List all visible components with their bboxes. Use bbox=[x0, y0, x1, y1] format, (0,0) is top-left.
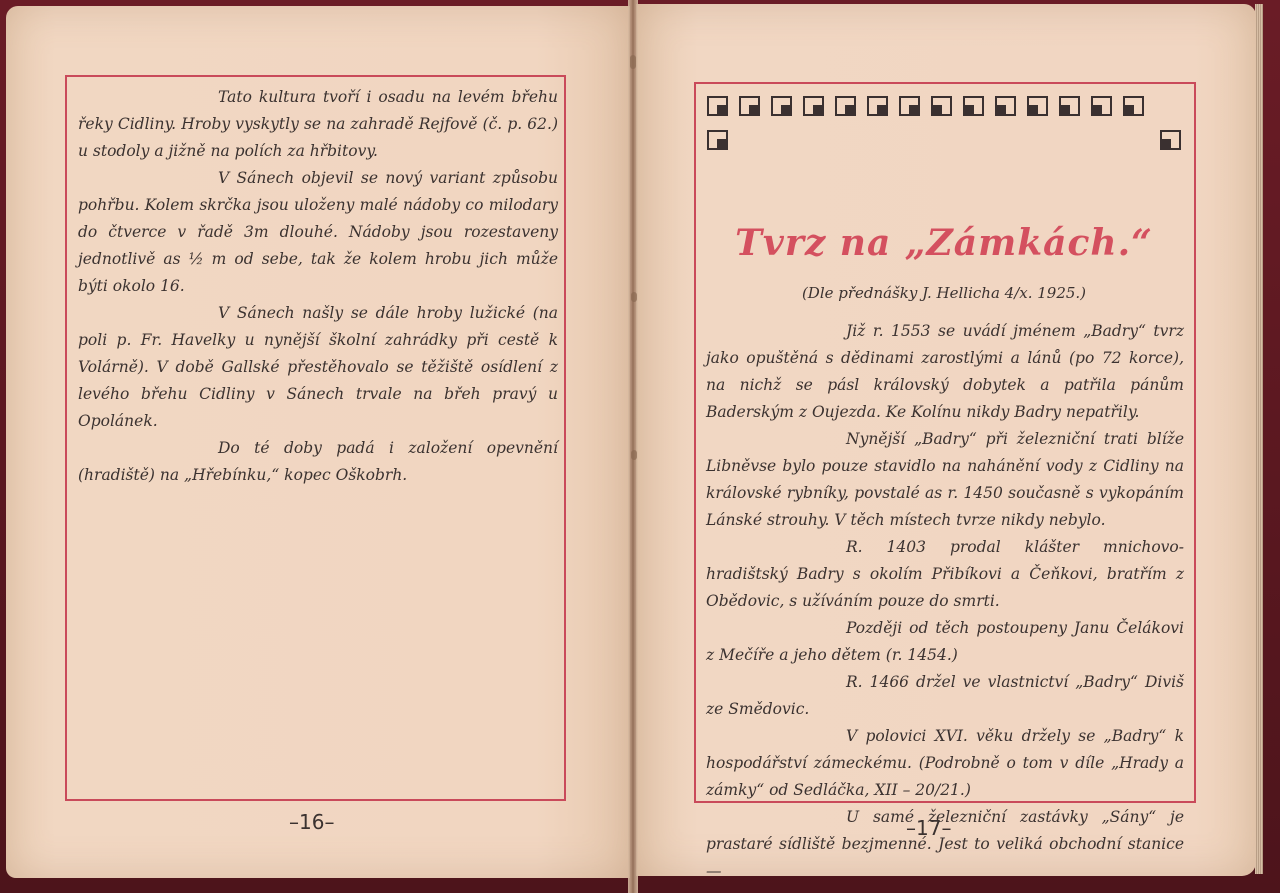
ornament-square-icon bbox=[1091, 96, 1112, 116]
page-number: –16– bbox=[289, 810, 334, 834]
paragraph: Do té doby padá i založení opevnění (hra… bbox=[78, 435, 558, 489]
binding-stain bbox=[631, 450, 637, 460]
page-number: –17– bbox=[906, 816, 951, 840]
ornament-square-icon bbox=[739, 96, 760, 116]
paragraph: V Sánech objevil se nový variant způsobu… bbox=[78, 165, 558, 300]
paragraph: Nynější „Badry“ při železniční trati blí… bbox=[706, 426, 1184, 534]
book-gutter bbox=[628, 0, 638, 893]
ornament-square-icon bbox=[835, 96, 856, 116]
binding-stain bbox=[630, 55, 636, 69]
paragraph: Již r. 1553 se uvádí jménem „Badry“ tvrz… bbox=[706, 318, 1184, 426]
paragraph: Tato kultura tvoří i osadu na levém břeh… bbox=[78, 84, 558, 165]
ornament-square-icon bbox=[1160, 130, 1181, 150]
paragraph: R. 1403 prodal klášter mnichovo-hradišts… bbox=[706, 534, 1184, 615]
paragraph: V polovici XVI. věku držely se „Badry“ k… bbox=[706, 723, 1184, 804]
ornament-square-icon bbox=[867, 96, 888, 116]
chapter-subtitle: (Dle přednášky J. Hellicha 4/x. 1925.) bbox=[694, 284, 1194, 302]
ornament-square-icon bbox=[803, 96, 824, 116]
ornament-square-icon bbox=[707, 96, 728, 116]
page-edges bbox=[1255, 4, 1263, 874]
paragraph: V Sánech našly se dále hroby lužické (na… bbox=[78, 300, 558, 435]
ornament-square-icon bbox=[707, 130, 728, 150]
chapter-title: Tvrz na „Zámkách.“ bbox=[694, 222, 1194, 264]
paragraph: Později od těch postoupeny Janu Čelákovi… bbox=[706, 615, 1184, 669]
binding-stain bbox=[631, 292, 637, 302]
ornament-square-icon bbox=[771, 96, 792, 116]
ornament-square-icon bbox=[899, 96, 920, 116]
paragraph: R. 1466 držel ve vlastnictví „Badry“ Div… bbox=[706, 669, 1184, 723]
ornament-square-icon bbox=[995, 96, 1016, 116]
ornament-square-icon bbox=[1027, 96, 1048, 116]
right-page-text: Již r. 1553 se uvádí jménem „Badry“ tvrz… bbox=[706, 318, 1184, 885]
ornament-border-top bbox=[707, 96, 1144, 116]
left-page-text: Tato kultura tvoří i osadu na levém břeh… bbox=[78, 84, 558, 489]
ornament-square-icon bbox=[931, 96, 952, 116]
ornament-square-icon bbox=[963, 96, 984, 116]
ornament-square-icon bbox=[1059, 96, 1080, 116]
ornament-square-icon bbox=[1123, 96, 1144, 116]
